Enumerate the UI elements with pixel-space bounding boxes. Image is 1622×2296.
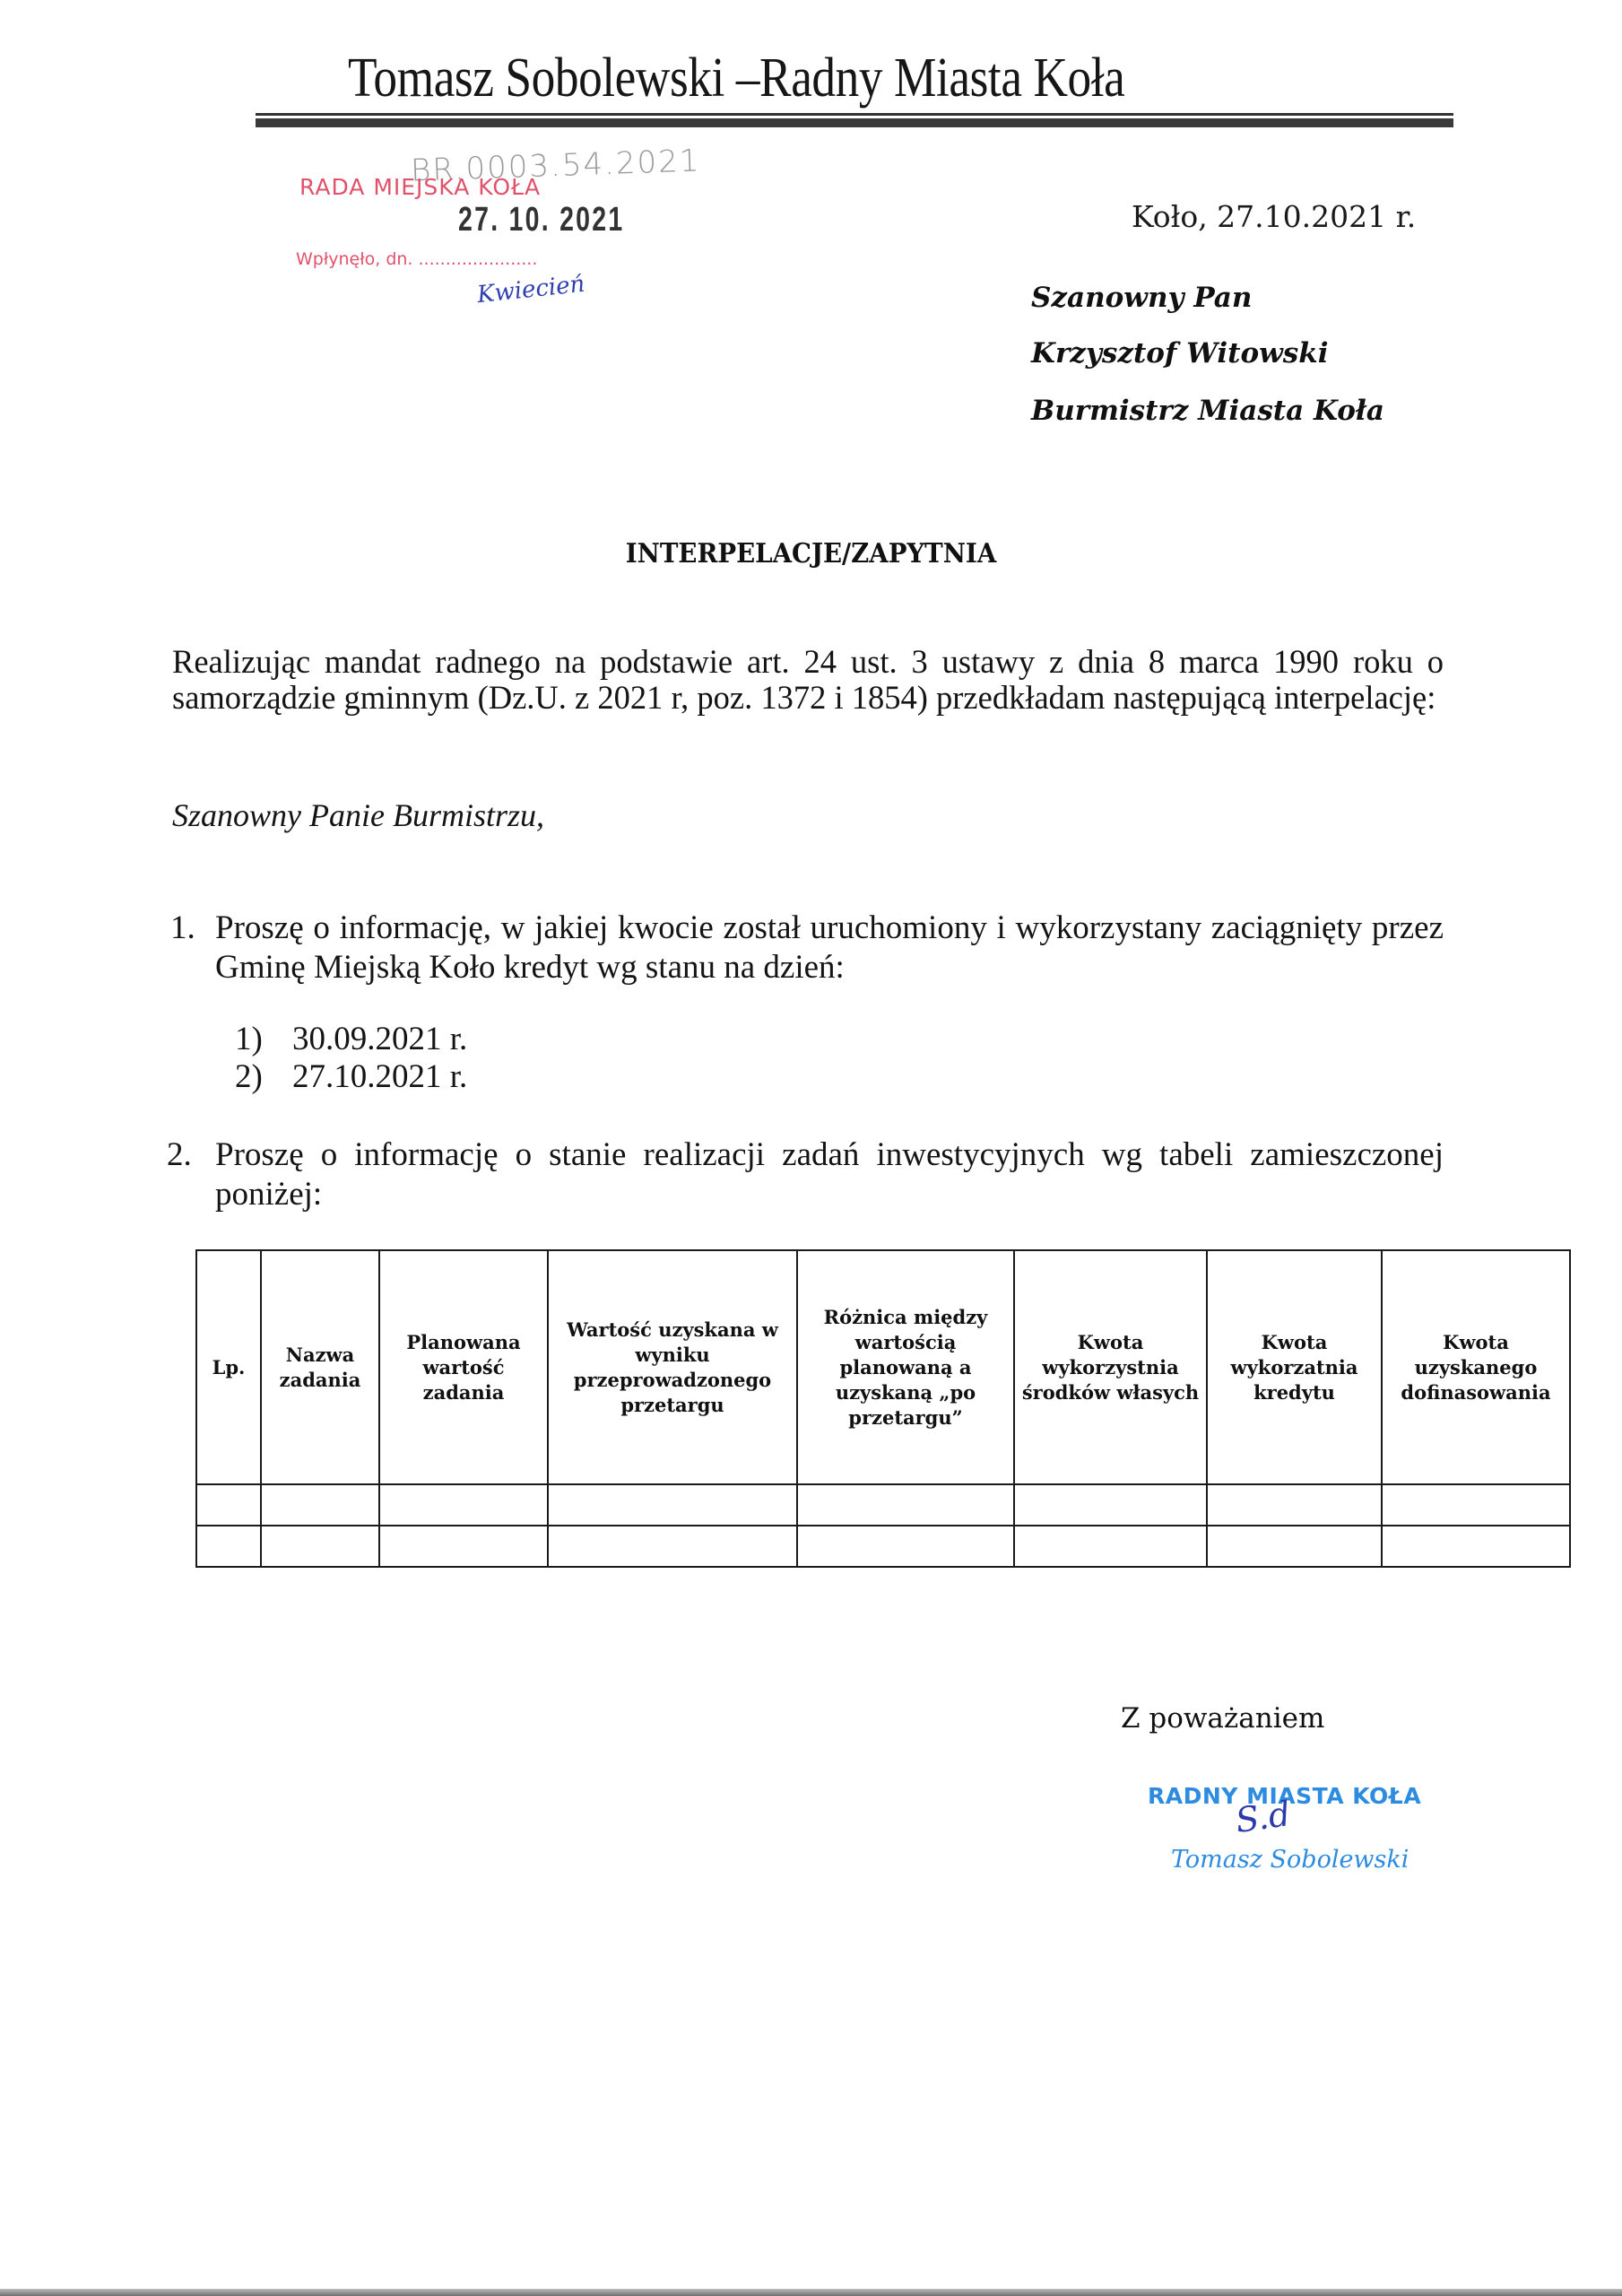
table-cell [1207, 1484, 1382, 1526]
item-1-number: 1. [170, 909, 195, 947]
table-cell [1014, 1484, 1207, 1526]
table-cell [196, 1484, 261, 1526]
table-cell [261, 1484, 379, 1526]
received-dots: ...................... [419, 249, 538, 269]
registry-stamp-organization: RADA MIEJSKA KOŁA [299, 174, 541, 200]
letterhead-title: Tomasz Sobolewski –Radny Miasta Koła [348, 47, 1124, 110]
header-tender-value: Wartość uzyskana w wyniku przeprowadzone… [548, 1250, 797, 1484]
sub-item-2-number: 2) [235, 1057, 263, 1096]
table-cell [797, 1484, 1014, 1526]
item-1-text: Proszę o informację, w jakiej kwocie zos… [215, 909, 1444, 987]
signature-stamp-name: Tomasz Sobolewski [1171, 1846, 1409, 1874]
table-row [196, 1484, 1570, 1526]
letter-salutation: Szanowny Panie Burmistrzu, [172, 796, 544, 834]
header-difference: Różnica między wartością planowaną a uzy… [797, 1250, 1014, 1484]
item-2-text: Proszę o informację o stanie realizacji … [215, 1135, 1444, 1214]
registry-stamp-received: Wpłynęło, dn. ...................... [296, 249, 537, 269]
table-cell [261, 1526, 379, 1567]
header-task-name: Nazwa zadania [261, 1250, 379, 1484]
place-date: Koło, 27.10.2021 r. [1132, 199, 1416, 234]
item-2-number: 2. [167, 1135, 192, 1174]
scan-bottom-edge [0, 2289, 1622, 2296]
received-label: Wpłynęło, dn. [296, 249, 412, 269]
registry-stamp-date: 27. 10. 2021 [458, 201, 624, 239]
sub-item-1-number: 1) [235, 1020, 263, 1058]
closing-phrase: Z poważaniem [1121, 1702, 1324, 1735]
table-cell [548, 1526, 797, 1567]
addressee-name: Krzysztof Witowski [1031, 337, 1329, 370]
letterhead-rule-thin [256, 113, 1453, 116]
handwritten-signature: S.d [1233, 1794, 1293, 1840]
table-cell [1207, 1526, 1382, 1567]
sub-item-2-text: 27.10.2021 r. [292, 1057, 467, 1097]
addressee-salutation: Szanowny Pan [1031, 282, 1252, 314]
header-cofinancing: Kwota uzyskanego dofinasowania [1382, 1250, 1570, 1484]
header-planned-value: Planowana wartość zadania [379, 1250, 548, 1484]
intro-paragraph: Realizując mandat radnego na podstawie a… [172, 644, 1444, 716]
header-credit-used: Kwota wykorzatnia kredytu [1207, 1250, 1382, 1484]
table-cell [797, 1526, 1014, 1567]
document-heading: INTERPELACJE/ZAPYTNIA [65, 538, 1557, 570]
table-cell [196, 1526, 261, 1567]
header-own-funds: Kwota wykorzystnia środków własych [1014, 1250, 1207, 1484]
table-cell [1382, 1526, 1570, 1567]
table-row [196, 1526, 1570, 1567]
header-lp: Lp. [196, 1250, 261, 1484]
investment-table: Lp. Nazwa zadania Planowana wartość zada… [195, 1249, 1571, 1568]
table-cell [379, 1484, 548, 1526]
letterhead-rule-thick [256, 118, 1453, 127]
table-cell [379, 1526, 548, 1567]
addressee-title: Burmistrz Miasta Koła [1031, 395, 1384, 427]
registry-initials-signature: Kwiecień [476, 271, 586, 309]
sub-item-1-text: 30.09.2021 r. [292, 1020, 467, 1059]
table-cell [1014, 1526, 1207, 1567]
table-cell [1382, 1484, 1570, 1526]
table-header-row: Lp. Nazwa zadania Planowana wartość zada… [196, 1250, 1570, 1484]
table-cell [548, 1484, 797, 1526]
